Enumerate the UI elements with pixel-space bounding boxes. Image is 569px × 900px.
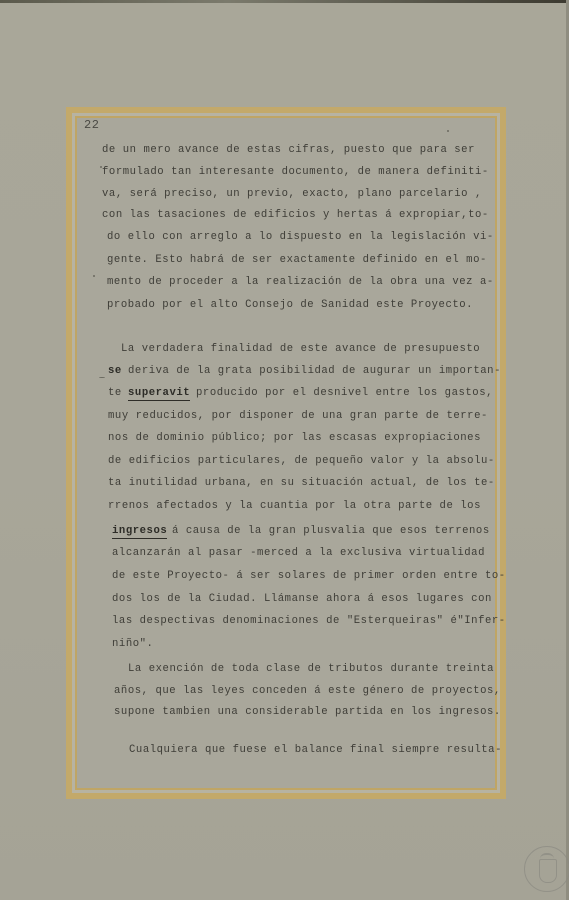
text-line: La exención de toda clase de tributos du… xyxy=(128,662,494,676)
text-line: Cualquiera que fuese el balance final si… xyxy=(129,743,502,757)
text-line: se xyxy=(108,364,122,378)
ink-speck xyxy=(100,166,102,168)
text-line: años, que las leyes conceden á este géne… xyxy=(114,684,501,698)
text-line: con las tasaciones de edificios y hertas… xyxy=(102,208,489,222)
page-number: 22 xyxy=(84,118,99,132)
text-line: muy reducidos, por disponer de una gran … xyxy=(108,409,488,423)
ink-speck xyxy=(447,130,449,132)
text-line: va, será preciso, un previo, exacto, pla… xyxy=(102,187,482,201)
underlined-term: ingresos xyxy=(112,524,167,539)
text-line: te xyxy=(108,386,122,400)
text-line: deriva de la grata posibilidad de augura… xyxy=(128,364,501,378)
text-line: dos los de la Ciudad. Llámanse ahora á e… xyxy=(112,592,492,606)
scan-top-edge xyxy=(0,0,569,3)
underlined-term: superavit xyxy=(128,386,190,401)
text-line: ta inutilidad urbana, en su situación ac… xyxy=(108,476,495,490)
crown-icon xyxy=(540,853,554,861)
text-line: de este Proyecto- á ser solares de prime… xyxy=(112,569,506,583)
text-line: producido por el desnivel entre los gast… xyxy=(196,386,493,400)
text-line: gente. Esto habrá de ser exactamente def… xyxy=(107,253,487,267)
ink-speck xyxy=(93,275,95,277)
text-line: formulado tan interesante documento, de … xyxy=(102,165,489,179)
text-line: niño". xyxy=(112,637,153,651)
margin-mark xyxy=(99,377,105,378)
archive-seal-stamp xyxy=(524,846,569,892)
text-line: de edificios particulares, de pequeño va… xyxy=(108,454,495,468)
text-line: probado por el alto Consejo de Sanidad e… xyxy=(107,298,473,312)
text-line: supone tambien una considerable partida … xyxy=(114,705,501,719)
text-line: alcanzarán al pasar -merced a la exclusi… xyxy=(112,546,485,560)
text-line: de un mero avance de estas cifras, puest… xyxy=(102,143,475,157)
text-line: rrenos afectados y la cuantia por la otr… xyxy=(108,499,481,513)
text-line: La verdadera finalidad de este avance de… xyxy=(121,342,480,356)
text-line: do ello con arreglo a lo dispuesto en la… xyxy=(107,230,494,244)
text-line: á causa de la gran plusvalia que esos te… xyxy=(172,524,490,538)
text-line: las despectivas denominaciones de "Ester… xyxy=(112,614,506,628)
text-line: mento de proceder a la realización de la… xyxy=(107,275,494,289)
text-line: nos de dominio público; por las escasas … xyxy=(108,431,481,445)
